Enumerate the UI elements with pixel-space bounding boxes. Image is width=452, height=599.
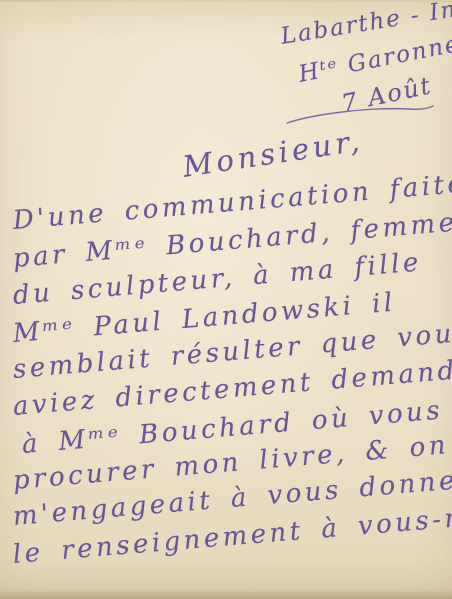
paper-top-edge xyxy=(0,0,452,2)
paper-bottom-edge xyxy=(0,595,452,599)
letter-photo: Labarthe - Inard Hᵗᵉ Garonne 7 Août Mons… xyxy=(0,0,452,599)
